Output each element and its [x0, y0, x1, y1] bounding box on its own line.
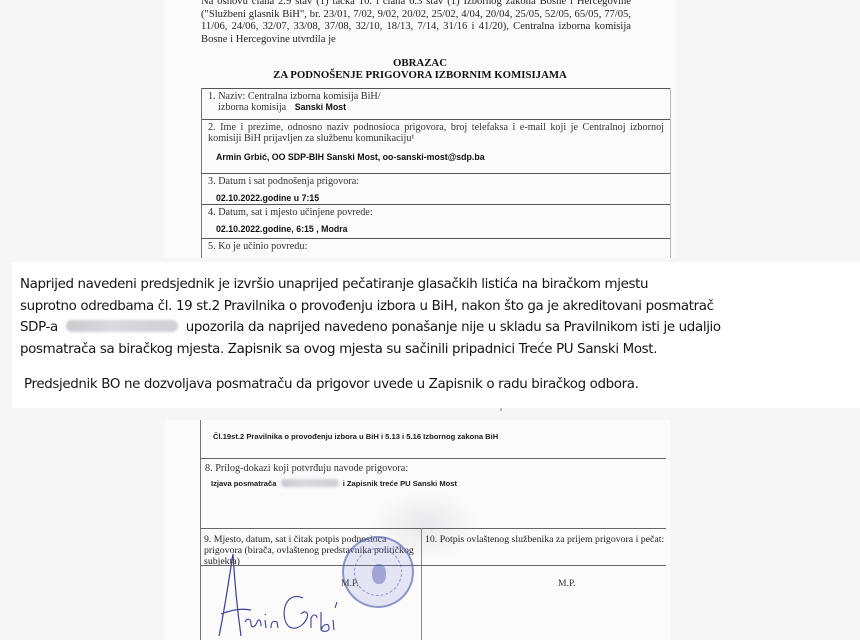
- handwritten-signature-icon: [211, 548, 341, 640]
- description-line-3-suffix: upozorila da naprijed navedeno ponašanje…: [186, 320, 721, 335]
- divider-8-9: [201, 528, 666, 529]
- field-2-label: 2. Ime i prezime, odnosno naziv podnosio…: [208, 122, 664, 145]
- description-line-3: SDP-a upozorila da naprijed navedeno pon…: [20, 317, 860, 339]
- field-8-value-suffix: i Zapisnik treće PU Sanski Most: [343, 479, 457, 488]
- complaint-form-bottom: Čl.19st.2 Pravilnika o provođenju izbora…: [165, 420, 670, 640]
- field-1-value: Sanski Most: [295, 102, 346, 112]
- field-5-label: 5. Ko je učinio povredu:: [208, 241, 664, 252]
- intro-paragraph: Na osnovu člana 2.9 stav (1) tačka 10. i…: [201, 0, 631, 46]
- redacted-observer-name: [281, 479, 339, 487]
- field-2-value: Armin Grbić, OO SDP-BIH Sanski Most, oo-…: [216, 152, 664, 163]
- divider-9-10: [421, 528, 422, 640]
- redacted-name-blur: [66, 320, 178, 332]
- scan-speck: [500, 408, 502, 411]
- description-line-3-prefix: SDP-a: [20, 320, 58, 335]
- divider-7-8: [201, 458, 666, 459]
- form-fields-top: 1. Naziv: Centralna izborna komisija BiH…: [201, 88, 671, 258]
- field-1-label-line2: izborna komisija: [218, 102, 286, 113]
- complaint-form-top: Na osnovu člana 2.9 stav (1) tačka 10. i…: [165, 0, 675, 258]
- field-3-label: 3. Datum i sat podnošenja prigovora:: [208, 176, 664, 187]
- official-stamp-icon: [342, 536, 414, 608]
- complaint-description-band: Naprijed navedeni predsjednik je izvršio…: [12, 262, 860, 408]
- field-8-value: Izjava posmatrača i Zapisnik treće PU Sa…: [211, 479, 457, 488]
- complaint-description: Naprijed navedeni predsjednik je izvršio…: [20, 274, 860, 360]
- mp-left: M.P.: [341, 578, 359, 589]
- field-4-violation-date-place: 4. Datum, sat i mjesto učinjene povrede:…: [202, 204, 670, 238]
- description-line-4: posmatrača sa biračkog mjesta. Zapisnik …: [20, 339, 860, 361]
- field-3-submission-date: 3. Datum i sat podnošenja prigovora: 02.…: [202, 173, 670, 204]
- field-8-label: 8. Prilog-dokazi koji potvrđuju navode p…: [205, 463, 408, 474]
- form-title: OBRAZAC ZA PODNOŠENJE PRIGOVORA IZBORNIM…: [165, 57, 675, 81]
- description-line-5: Predsjednik BO ne dozvoljava posmatraču …: [24, 376, 844, 394]
- field-10-label: 10. Potpis ovlaštenog službenika za prij…: [425, 534, 665, 545]
- description-line-1: Naprijed navedeni predsjednik je izvršio…: [20, 274, 860, 296]
- form-fields-bottom: Čl.19st.2 Pravilnika o provođenju izbora…: [200, 420, 665, 640]
- field-5-perpetrator: 5. Ko je učinio povredu:: [202, 238, 670, 258]
- form-title-line1: OBRAZAC: [165, 57, 675, 69]
- law-reference: Čl.19st.2 Pravilnika o provođenju izbora…: [213, 432, 498, 441]
- description-line-2: suprotno odredbama čl. 19 st.2 Pravilnik…: [20, 296, 860, 318]
- field-2-submitter: 2. Ime i prezime, odnosno naziv podnosio…: [202, 119, 670, 173]
- field-1-label: 1. Naziv: Centralna izborna komisija BiH…: [208, 91, 664, 102]
- field-1-commission: 1. Naziv: Centralna izborna komisija BiH…: [202, 88, 670, 119]
- field-4-value: 02.10.2022.godine, 6:15 , Modra: [216, 224, 664, 235]
- form-title-line2: ZA PODNOŠENJE PRIGOVORA IZBORNIM KOMISIJ…: [165, 69, 675, 81]
- field-8-value-prefix: Izjava posmatrača: [211, 479, 276, 488]
- field-4-label: 4. Datum, sat i mjesto učinjene povrede:: [208, 207, 664, 218]
- mp-right: M.P.: [558, 578, 576, 589]
